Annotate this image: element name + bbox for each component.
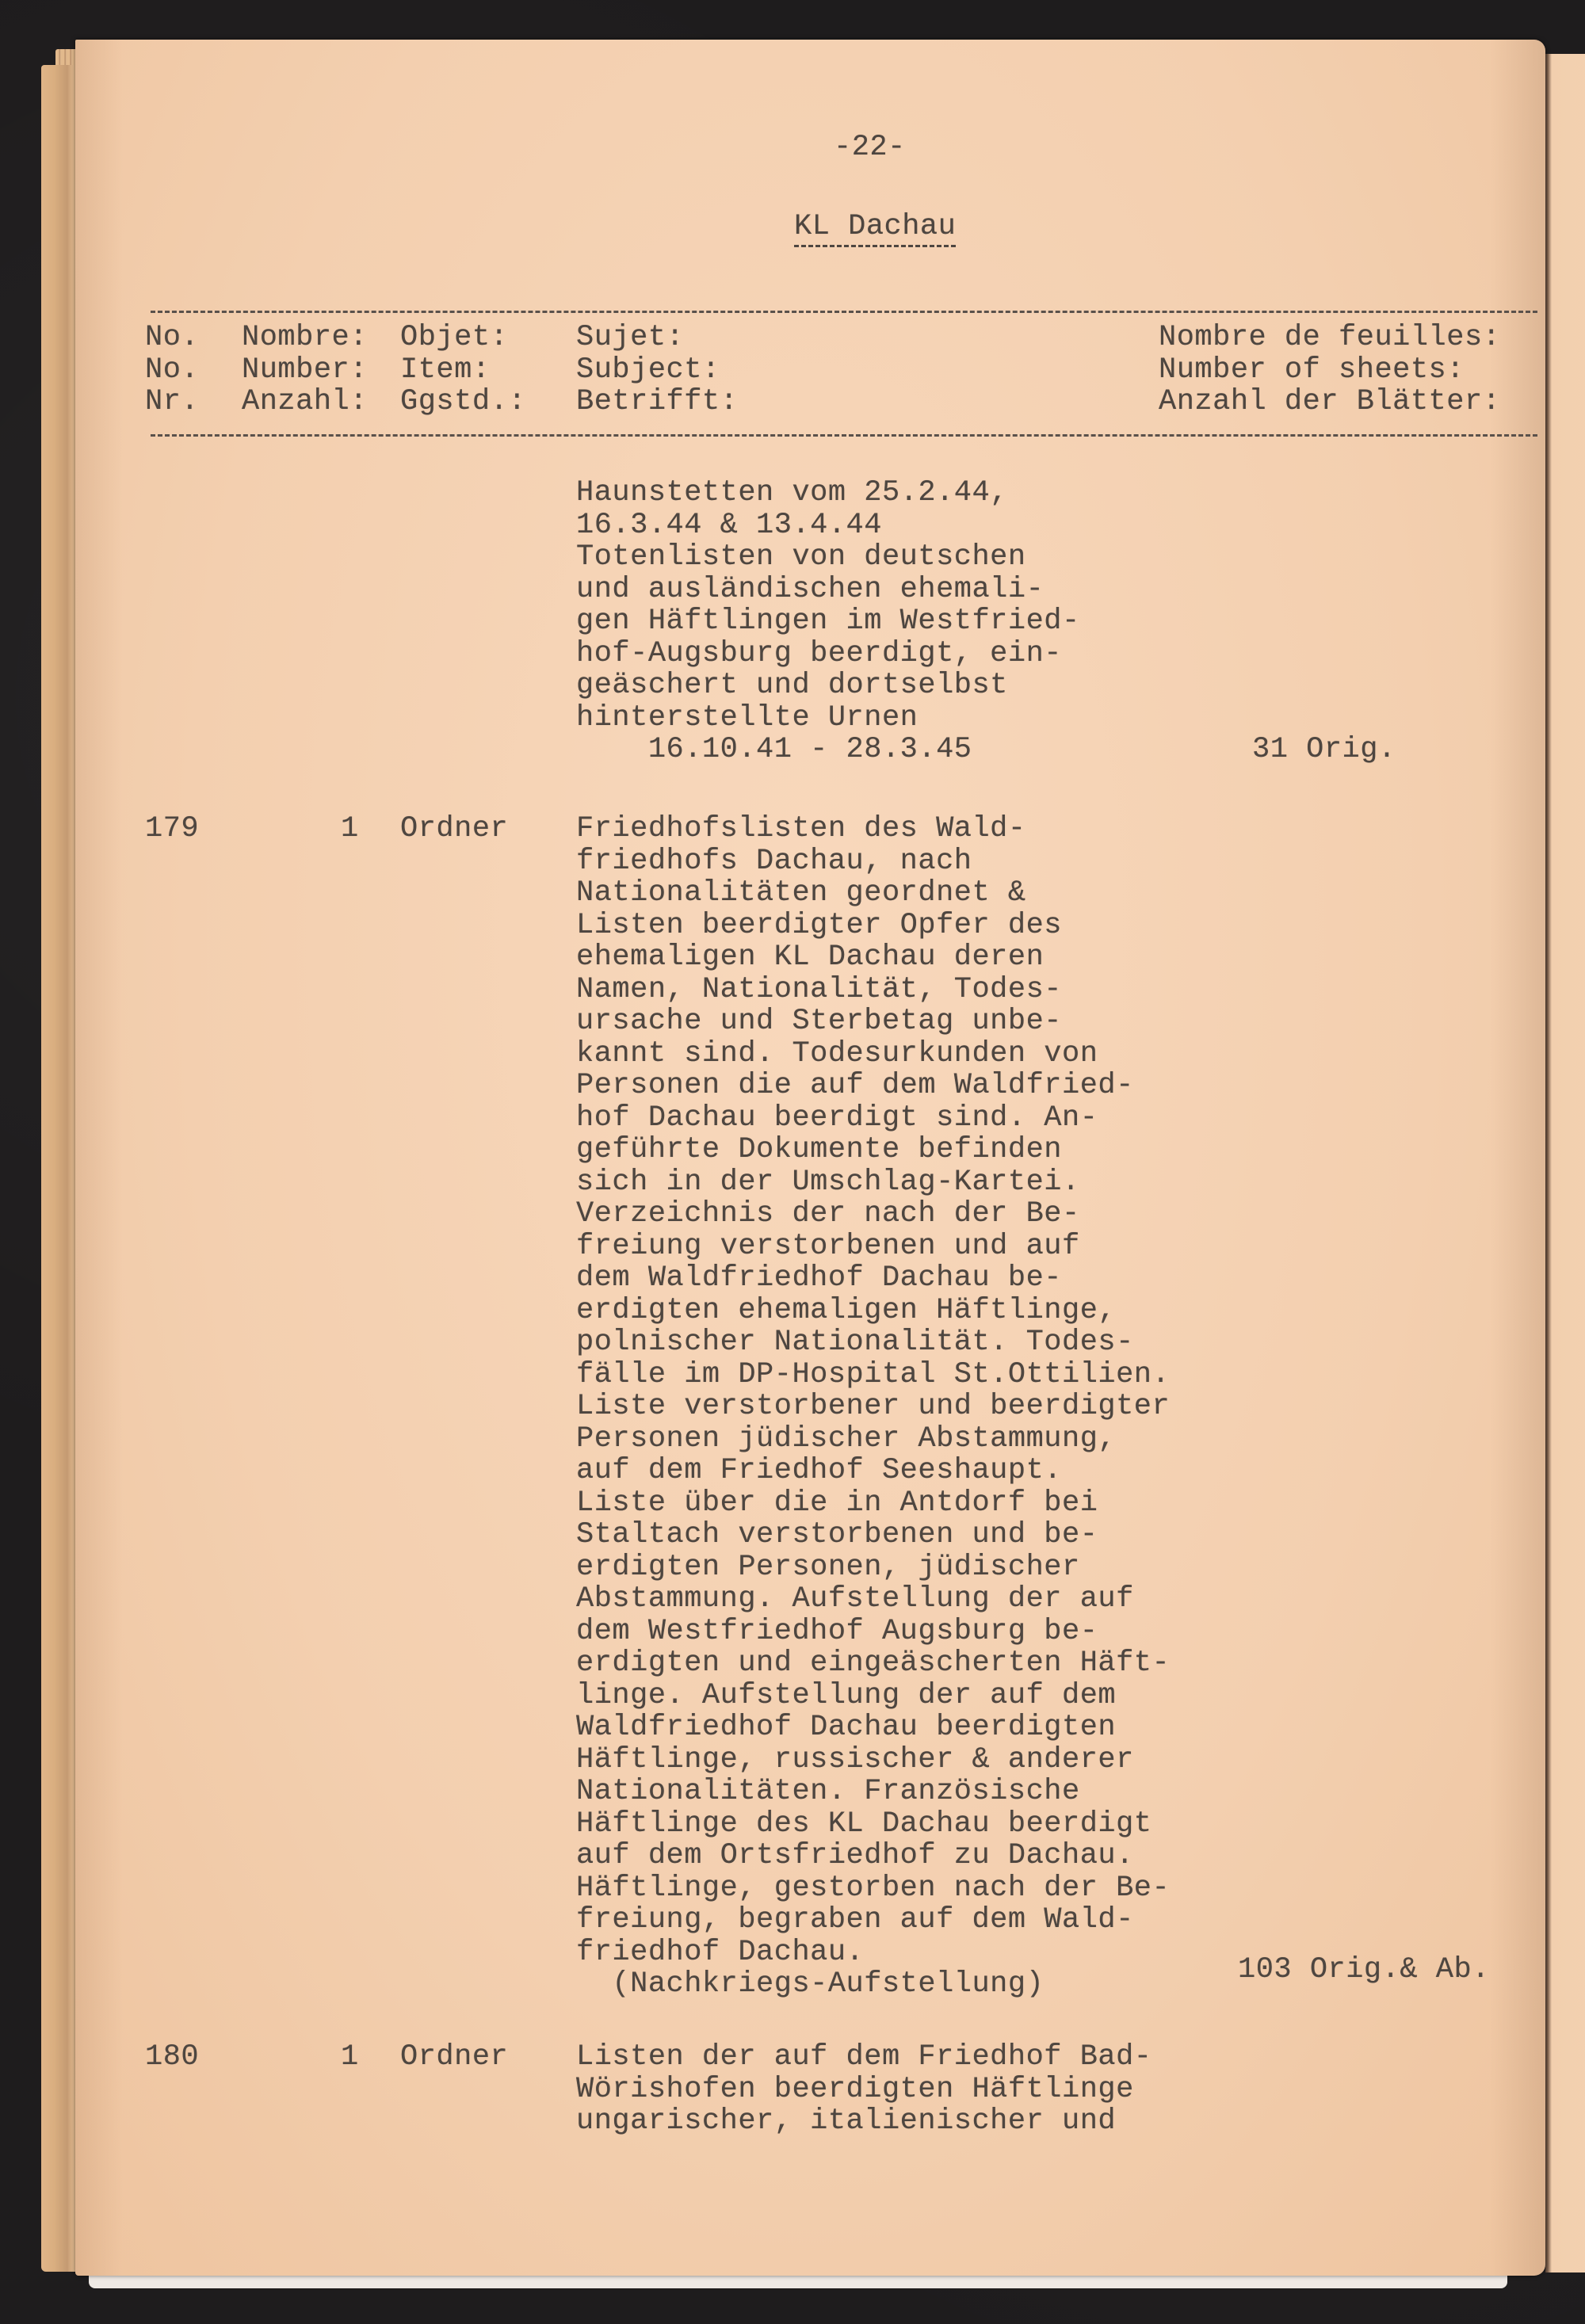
header-sheets-fr: Nombre de feuilles: xyxy=(1159,321,1500,354)
subject-line: dem Westfriedhof Augsburg be- xyxy=(576,1615,1098,1648)
subject-line: ursache und Sterbetag unbe- xyxy=(576,1005,1062,1038)
adjacent-page-edge xyxy=(1545,54,1585,2272)
header-item: Objet: Item: Ggstd.: xyxy=(400,322,526,418)
subject-line: Haunstetten vom 25.2.44, xyxy=(576,476,1008,509)
subject-line: hof-Augsburg beerdigt, ein- xyxy=(576,637,1062,670)
entry-continued-sheets: 31 Orig. xyxy=(1252,734,1396,766)
entry-180-subject: Listen der auf dem Friedhof Bad- Wörisho… xyxy=(576,2041,1152,2138)
subject-line: Personen die auf dem Waldfried- xyxy=(576,1069,1134,1102)
subject-line: 16.10.41 - 28.3.45 xyxy=(576,733,972,766)
entry-continued-subject: Haunstetten vom 25.2.44, 16.3.44 & 13.4.… xyxy=(576,477,1080,766)
subject-line: hinterstellte Urnen xyxy=(576,701,918,735)
header-no-fr: No. xyxy=(145,321,199,354)
subject-line: Nationalitäten. Französische xyxy=(576,1775,1080,1808)
header-sheets-en: Number of sheets: xyxy=(1159,353,1465,387)
subject-line: ehemaligen KL Dachau deren xyxy=(576,941,1044,974)
page-number: -22- xyxy=(834,132,906,164)
section-title-text: KL Dachau xyxy=(794,210,956,247)
subject-line: friedhof Dachau. xyxy=(576,1936,864,1969)
entry-179-subject: Friedhofslisten des Wald- friedhofs Dach… xyxy=(576,813,1170,2001)
subject-line: Totenlisten von deutschen xyxy=(576,540,1026,574)
header-rule-top xyxy=(151,311,1537,313)
header-count-fr: Nombre: xyxy=(242,321,368,354)
subject-line: auf dem Friedhof Seeshaupt. xyxy=(576,1454,1062,1487)
header-subject: Sujet: Subject: Betrifft: xyxy=(576,322,738,418)
subject-line: friedhofs Dachau, nach xyxy=(576,845,972,878)
entry-179-count: 1 xyxy=(341,813,359,845)
header-no: No. No. Nr. xyxy=(145,322,199,418)
subject-line: kannt sind. Todesurkunden von xyxy=(576,1037,1098,1070)
subject-line: Listen beerdigter Opfer des xyxy=(576,909,1062,942)
entry-179-sheets: 103 Orig.& Ab. xyxy=(1238,1954,1490,1986)
subject-line: ungarischer, italienischer und xyxy=(576,2105,1116,2138)
subject-line: dem Waldfriedhof Dachau be- xyxy=(576,1261,1062,1295)
subject-line: fälle im DP-Hospital St.Ottilien. xyxy=(576,1358,1170,1391)
subject-line: Staltach verstorbenen und be- xyxy=(576,1518,1098,1551)
subject-line: (Nachkriegs-Aufstellung) xyxy=(576,1967,1044,2001)
subject-line: erdigten Personen, jüdischer xyxy=(576,1551,1080,1584)
subject-line: erdigten und eingeäscherten Häft- xyxy=(576,1647,1170,1680)
subject-line: sich in der Umschlag-Kartei. xyxy=(576,1166,1080,1199)
subject-line: freiung, begraben auf dem Wald- xyxy=(576,1903,1134,1937)
entry-179-item: Ordner xyxy=(400,813,508,845)
header-count: Nombre: Number: Anzahl: xyxy=(242,322,368,418)
subject-line: Wörishofen beerdigten Häftlinge xyxy=(576,2073,1134,2106)
entry-180-count: 1 xyxy=(341,2041,359,2074)
subject-line: Personen jüdischer Abstammung, xyxy=(576,1422,1116,1456)
header-count-en: Number: xyxy=(242,353,368,387)
header-sheets-de: Anzahl der Blätter: xyxy=(1159,385,1500,418)
subject-line: Häftlinge, gestorben nach der Be- xyxy=(576,1872,1170,1905)
subject-line: Listen der auf dem Friedhof Bad- xyxy=(576,2040,1152,2074)
header-item-de: Ggstd.: xyxy=(400,385,526,418)
header-rule-bottom xyxy=(151,434,1537,437)
subject-line: Häftlinge, russischer & anderer xyxy=(576,1743,1134,1776)
subject-line: geäschert und dortselbst xyxy=(576,669,1008,702)
subject-line: freiung verstorbenen und auf xyxy=(576,1230,1080,1263)
header-no-en: No. xyxy=(145,353,199,387)
subject-line: hof Dachau beerdigt sind. An- xyxy=(576,1101,1098,1135)
subject-line: Abstammung. Aufstellung der auf xyxy=(576,1582,1134,1616)
header-subject-fr: Sujet: xyxy=(576,321,684,354)
subject-line: gen Häftlingen im Westfried- xyxy=(576,605,1080,638)
header-count-de: Anzahl: xyxy=(242,385,368,418)
subject-line: Namen, Nationalität, Todes- xyxy=(576,973,1062,1006)
header-no-de: Nr. xyxy=(145,385,199,418)
subject-line: Waldfriedhof Dachau beerdigten xyxy=(576,1711,1116,1744)
subject-line: erdigten ehemaligen Häftlinge, xyxy=(576,1294,1116,1327)
header-subject-en: Subject: xyxy=(576,353,720,387)
entry-180-no: 180 xyxy=(145,2041,199,2074)
header-sheets: Nombre de feuilles: Number of sheets: An… xyxy=(1159,322,1500,418)
subject-line: linge. Aufstellung der auf dem xyxy=(576,1679,1116,1712)
subject-line: Häftlinge des KL Dachau beerdigt xyxy=(576,1807,1152,1841)
subject-line: 16.3.44 & 13.4.44 xyxy=(576,509,882,542)
entry-179-no: 179 xyxy=(145,813,199,845)
subject-line: geführte Dokumente befinden xyxy=(576,1133,1062,1166)
page-bottom-edge xyxy=(89,2274,1507,2288)
subject-line: Liste über die in Antdorf bei xyxy=(576,1486,1098,1520)
subject-line: und ausländischen ehemali- xyxy=(576,573,1044,606)
subject-line: Liste verstorbener und beerdigter xyxy=(576,1390,1170,1423)
header-item-fr: Objet: xyxy=(400,321,508,354)
section-title: KL Dachau xyxy=(794,211,956,243)
header-item-en: Item: xyxy=(400,353,491,387)
header-subject-de: Betrifft: xyxy=(576,385,738,418)
subject-line: polnischer Nationalität. Todes- xyxy=(576,1326,1134,1359)
subject-line: Nationalitäten geordnet & xyxy=(576,876,1026,910)
subject-line: auf dem Ortsfriedhof zu Dachau. xyxy=(576,1839,1134,1872)
subject-line: Friedhofslisten des Wald- xyxy=(576,812,1026,845)
entry-180-item: Ordner xyxy=(400,2041,508,2074)
subject-line: Verzeichnis der nach der Be- xyxy=(576,1197,1080,1231)
